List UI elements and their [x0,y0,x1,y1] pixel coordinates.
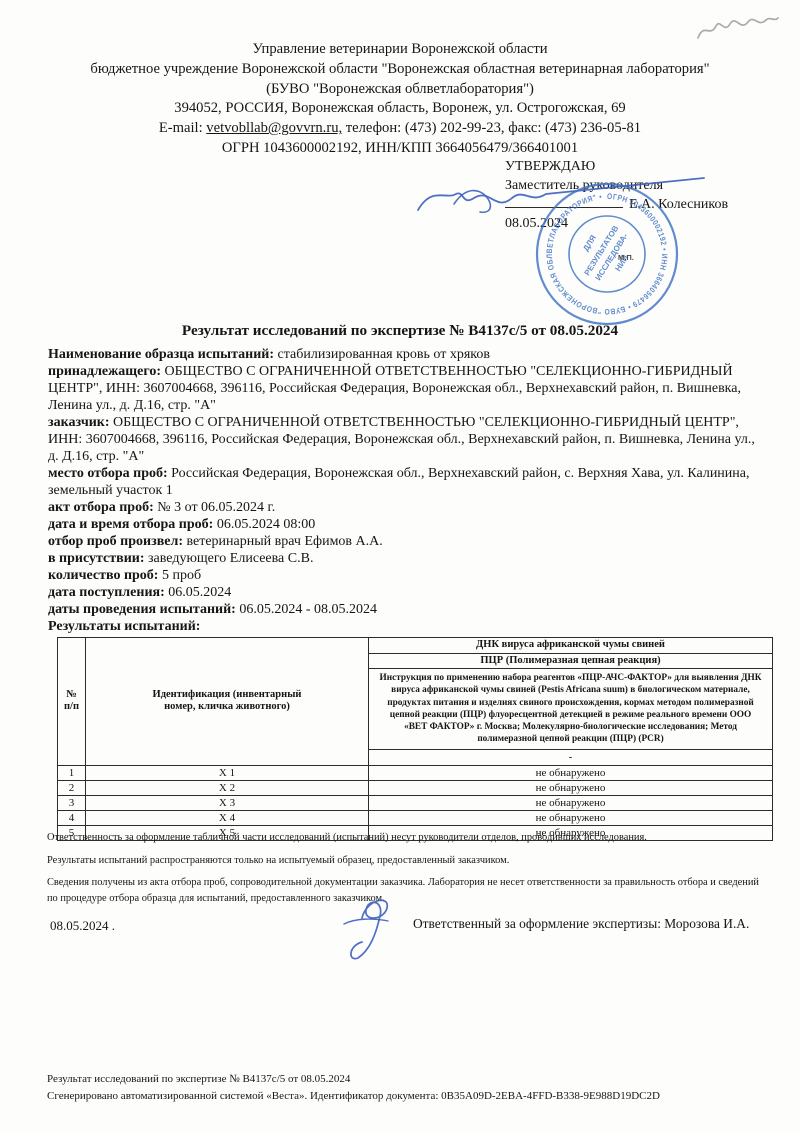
stamp-mp-mark: М.П. [618,253,634,262]
instruction-cell: Инструкция по применению набора реагенто… [369,669,773,750]
footer-expertise-ref: Результат исследований по экспертизе № В… [47,1071,767,1088]
field-customer: заказчик: ОБЩЕСТВО С ОГРАНИЧЕННОЙ ОТВЕТС… [48,414,764,465]
row-result: не обнаружено [369,780,773,795]
field-receipt-date: дата поступления: 06.05.2024 [48,584,764,601]
document-footer: Результат исследований по экспертизе № В… [47,1071,767,1105]
row-id: X 1 [86,765,369,780]
row-result: не обнаружено [369,765,773,780]
field-sampling-act: акт отбора проб: № 3 от 06.05.2024 г. [48,499,764,516]
email-link[interactable]: vetvobllab@govvrn.ru, [206,120,342,136]
org-full-name: бюджетное учреждение Воронежской области… [40,60,760,80]
field-sampled-by: отбор проб произвел: ветеринарный врач Е… [48,533,764,550]
field-witness: в присутствии: заведующего Елисеева С.В. [48,550,764,567]
table-row: 4 X 4 не обнаружено [58,810,773,825]
stamp-ring-text-holder: ОГРН 1043600002192 • ИНН 3664056479 • БУ… [545,192,669,316]
org-short-name: (БУВО "Воронежская облветлаборатория") [40,80,760,100]
org-name: Управление ветеринарии Воронежской облас… [40,40,760,60]
org-ogrn-inn: ОГРН 1043600002192, ИНН/КПП 3664056479/3… [40,139,760,159]
signature-morozova [332,888,412,963]
official-stamp: ОГРН 1043600002192 • ИНН 3664056479 • БУ… [522,180,692,330]
field-sampling-datetime: дата и время отбора проб: 06.05.2024 08:… [48,516,764,533]
dash-cell: - [369,749,773,765]
footer-generated-by: Сгенерировано автоматизированной системо… [47,1088,767,1105]
page-title: Результат исследований по экспертизе № В… [40,322,760,340]
col-num-header: № п/п [58,638,86,766]
responsible-person: Ответственный за оформление экспертизы: … [413,916,773,932]
row-num: 4 [58,810,86,825]
field-sample-count: количество проб: 5 проб [48,567,764,584]
row-id: X 3 [86,795,369,810]
signoff-date: 08.05.2024 . [50,918,115,934]
note-scope: Результаты испытаний распространяются то… [47,853,765,869]
stamp-ring-text: ОГРН 1043600002192 • ИНН 3664056479 • БУ… [545,192,669,316]
phone-fax: телефон: (473) 202-99-23, факс: (473) 23… [342,120,641,136]
row-id: X 4 [86,810,369,825]
letterhead: Управление ветеринарии Воронежской облас… [40,40,760,159]
table-row: 2 X 2 не обнаружено [58,780,773,795]
org-address: 394052, РОССИЯ, Воронежская область, Вор… [40,99,760,119]
document-page: Управление ветеринарии Воронежской облас… [0,0,800,1132]
results-table: № п/п Идентификация (инвентарный номер, … [57,637,773,841]
document-fields: Наименование образца испытаний: стабилиз… [48,346,764,635]
table-row: 1 X 1 не обнаружено [58,765,773,780]
field-test-dates: даты проведения испытаний: 06.05.2024 - … [48,601,764,618]
org-contacts: E-mail: vetvobllab@govvrn.ru, телефон: (… [40,119,760,139]
row-num: 1 [58,765,86,780]
email-label: E-mail: [159,120,206,136]
field-sampling-place: место отбора проб: Российская Федерация,… [48,465,764,499]
col-id-header: Идентификация (инвентарный номер, кличка… [86,638,369,766]
note-responsibility: Ответственность за оформление табличной … [47,830,765,846]
field-sample-name: Наименование образца испытаний: стабилиз… [48,346,764,363]
row-num: 3 [58,795,86,810]
method-header: ПЦР (Полимеразная цепная реакция) [369,653,773,669]
analyte-header: ДНК вируса африканской чумы свиней [369,638,773,654]
row-id: X 2 [86,780,369,795]
row-num: 2 [58,780,86,795]
row-result: не обнаружено [369,810,773,825]
results-heading: Результаты испытаний: [48,618,764,635]
row-result: не обнаружено [369,795,773,810]
table-row: 3 X 3 не обнаружено [58,795,773,810]
field-owner: принадлежащего: ОБЩЕСТВО С ОГРАНИЧЕННОЙ … [48,363,764,414]
